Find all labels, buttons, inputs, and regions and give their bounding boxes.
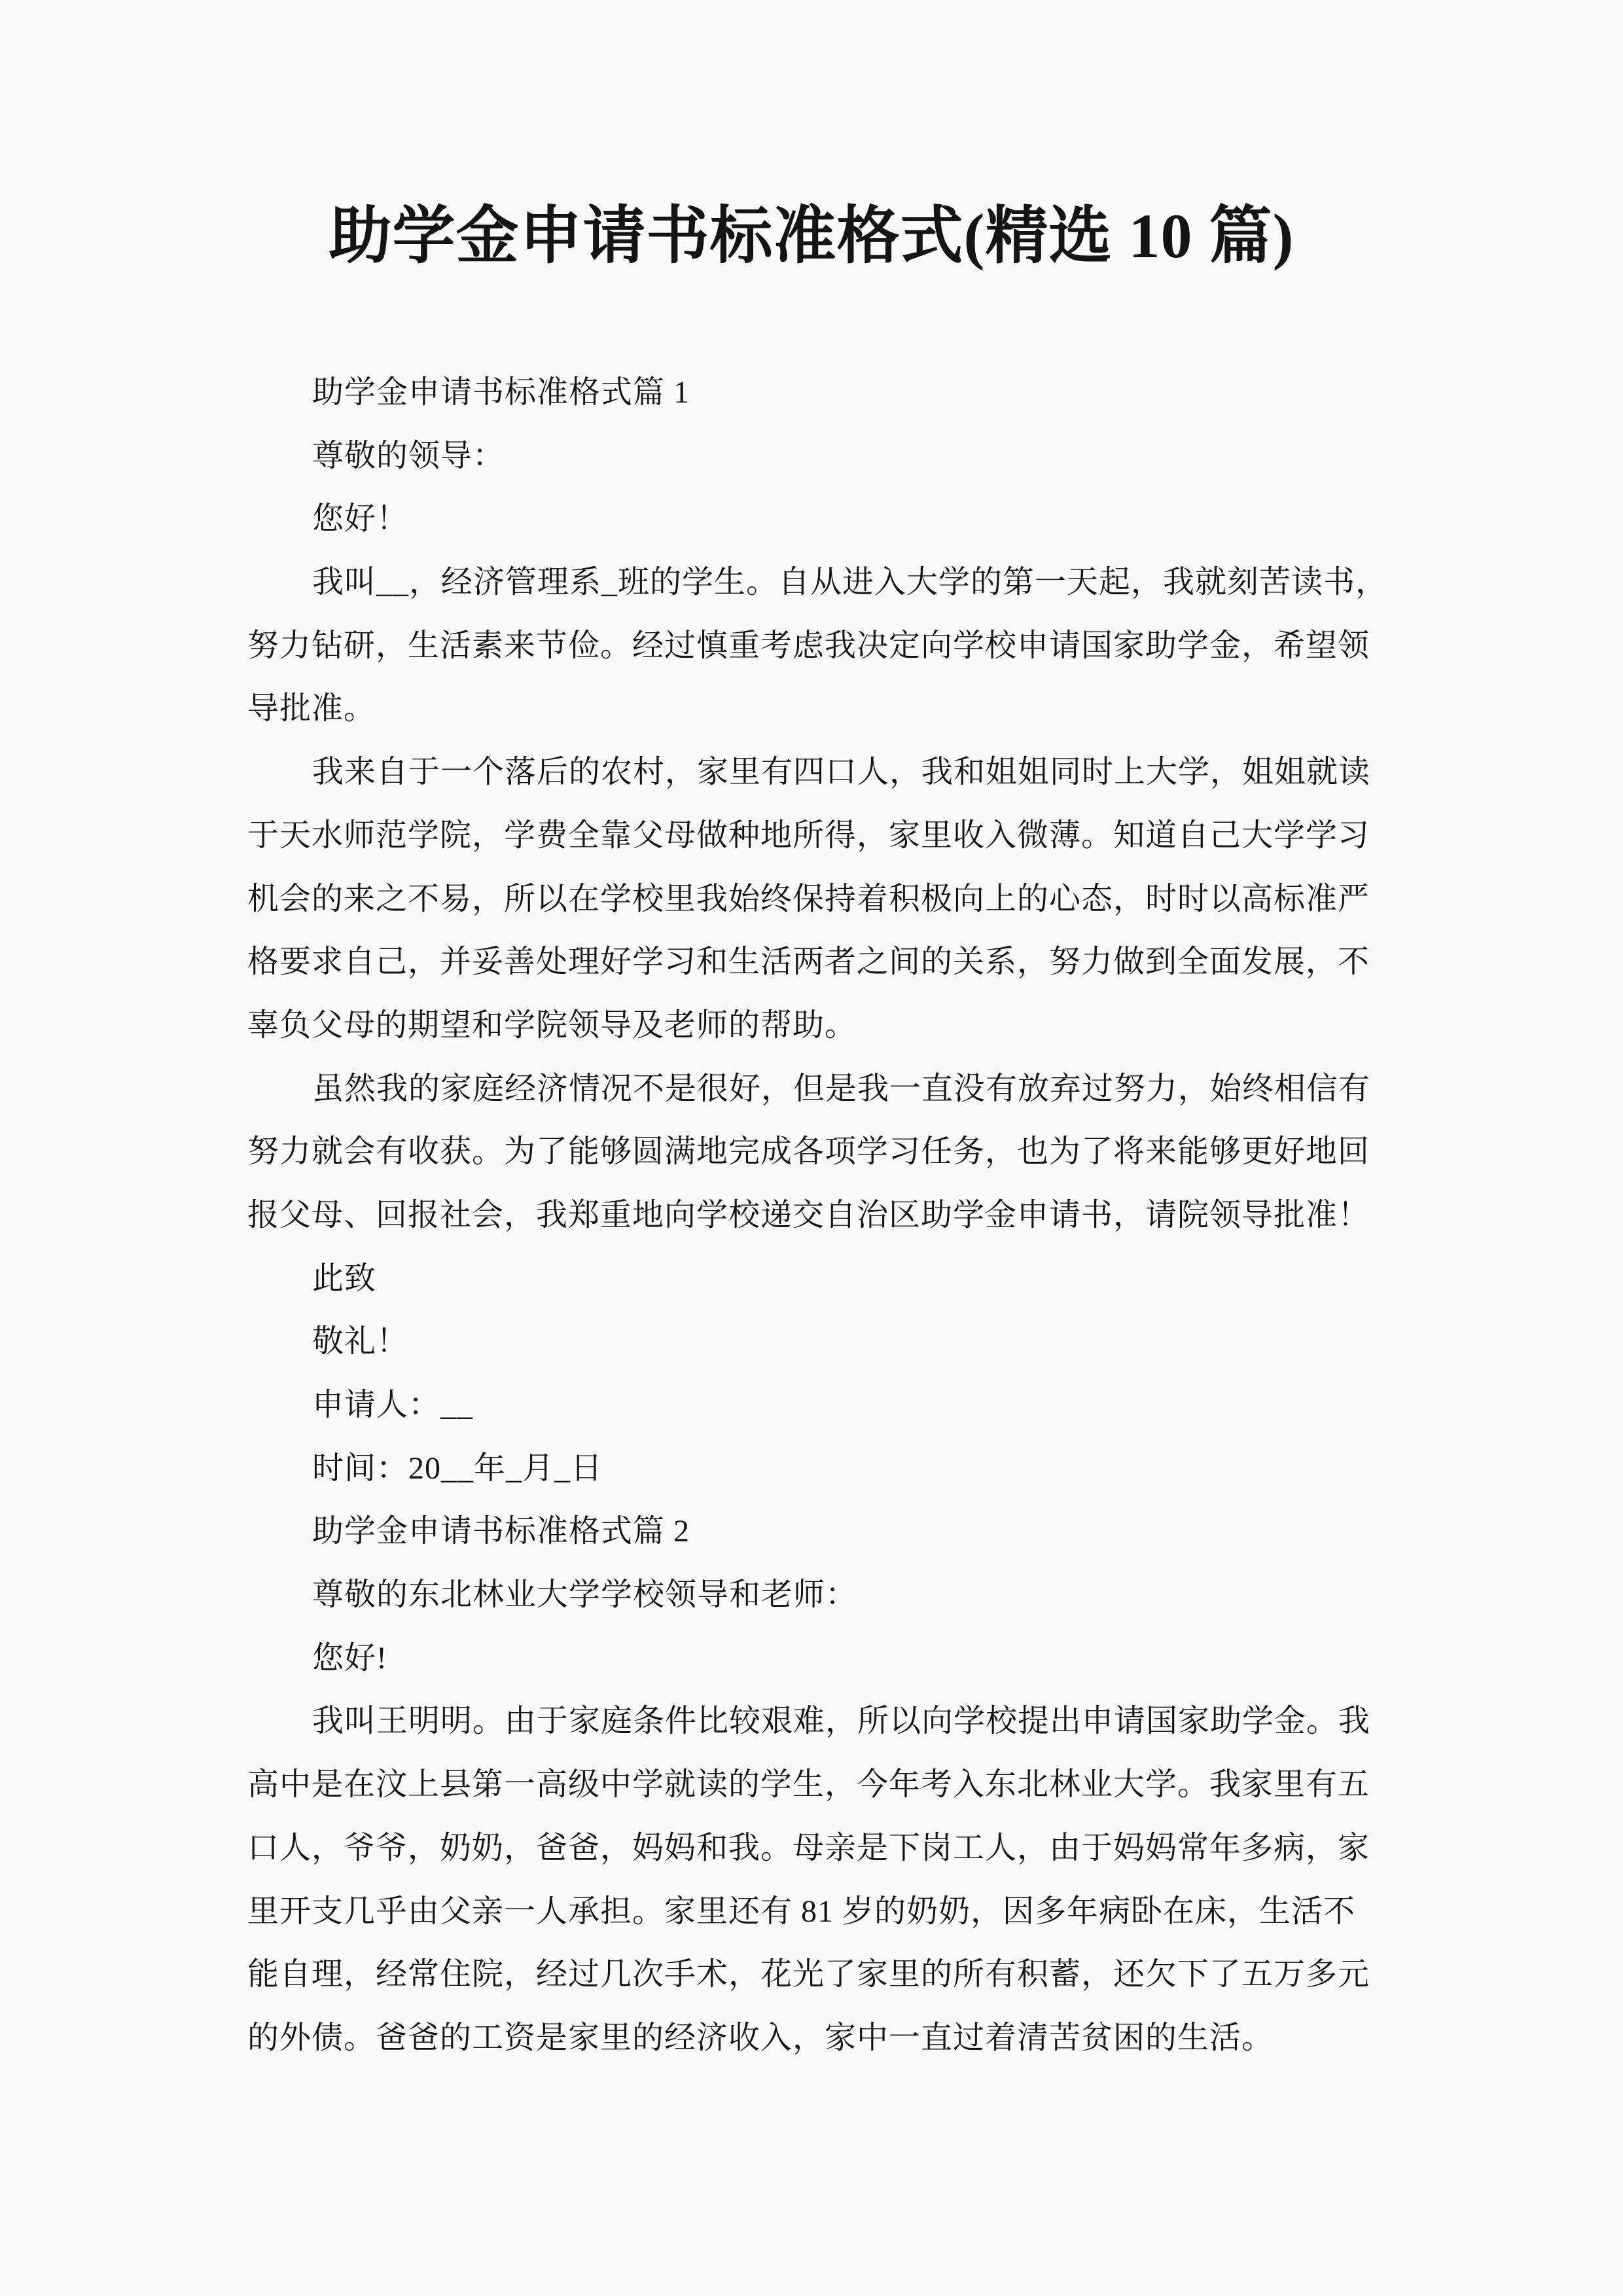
- doc-line: 于天水师范学院，学费全靠父母做种地所得，家里收入微薄。知道自己大学学习: [247, 804, 1364, 868]
- doc-line: 口人，爷爷，奶奶，爸爸，妈妈和我。母亲是下岗工人，由于妈妈常年多病，家: [247, 1817, 1364, 1880]
- doc-line: 我来自于一个落后的农村，家里有四口人，我和姐姐同时上大学，姐姐就读: [247, 741, 1364, 804]
- doc-line: 导批准。: [247, 677, 1364, 741]
- doc-line-greeting: 您好!: [247, 1627, 1364, 1691]
- doc-line-signature: 申请人：__: [247, 1374, 1364, 1437]
- doc-line: 我叫__，经济管理系_班的学生。自从进入大学的第一天起，我就刻苦读书，: [247, 551, 1364, 615]
- doc-line-salutation: 尊敬的东北林业大学学校领导和老师：: [247, 1564, 1364, 1627]
- doc-line-greeting: 您好！: [247, 488, 1364, 551]
- document-body: 助学金申请书标准格式篇 1 尊敬的领导： 您好！ 我叫__，经济管理系_班的学生…: [247, 361, 1364, 2070]
- doc-line: 里开支几乎由父亲一人承担。家里还有 81 岁的奶奶，因多年病卧在床，生活不: [247, 1880, 1364, 1944]
- doc-line-section-heading: 助学金申请书标准格式篇 1: [247, 361, 1364, 425]
- doc-line-closing: 此致: [247, 1247, 1364, 1311]
- doc-line: 虽然我的家庭经济情况不是很好，但是我一直没有放弃过努力，始终相信有: [247, 1058, 1364, 1121]
- doc-line: 机会的来之不易，所以在学校里我始终保持着积极向上的心态，时时以高标准严: [247, 868, 1364, 931]
- doc-line: 辜负父母的期望和学院领导及老师的帮助。: [247, 994, 1364, 1058]
- doc-line: 努力钻研，生活素来节俭。经过慎重考虑我决定向学校申请国家助学金，希望领: [247, 615, 1364, 678]
- doc-line-closing: 敬礼！: [247, 1310, 1364, 1374]
- doc-line: 的外债。爸爸的工资是家里的经济收入，家中一直过着清苦贫困的生活。: [247, 2007, 1364, 2070]
- doc-line: 努力就会有收获。为了能够圆满地完成各项学习任务，也为了将来能够更好地回: [247, 1121, 1364, 1184]
- doc-line-date: 时间：20__年_月_日: [247, 1437, 1364, 1501]
- doc-line-salutation: 尊敬的领导：: [247, 425, 1364, 488]
- doc-line: 能自理，经常住院，经过几次手术，花光了家里的所有积蓄，还欠下了五万多元: [247, 1943, 1364, 2007]
- doc-line: 报父母、回报社会，我郑重地向学校递交自治区助学金申请书，请院领导批准！: [247, 1184, 1364, 1247]
- page-title: 助学金申请书标准格式(精选 10 篇): [0, 202, 1623, 271]
- doc-line: 高中是在汶上县第一高级中学就读的学生，今年考入东北林业大学。我家里有五: [247, 1753, 1364, 1817]
- doc-line: 格要求自己，并妥善处理好学习和生活两者之间的关系，努力做到全面发展，不: [247, 931, 1364, 994]
- doc-line-section-heading: 助学金申请书标准格式篇 2: [247, 1500, 1364, 1564]
- doc-line: 我叫王明明。由于家庭条件比较艰难，所以向学校提出申请国家助学金。我: [247, 1690, 1364, 1753]
- document-page: 助学金申请书标准格式(精选 10 篇) 助学金申请书标准格式篇 1 尊敬的领导：…: [0, 0, 1623, 2296]
